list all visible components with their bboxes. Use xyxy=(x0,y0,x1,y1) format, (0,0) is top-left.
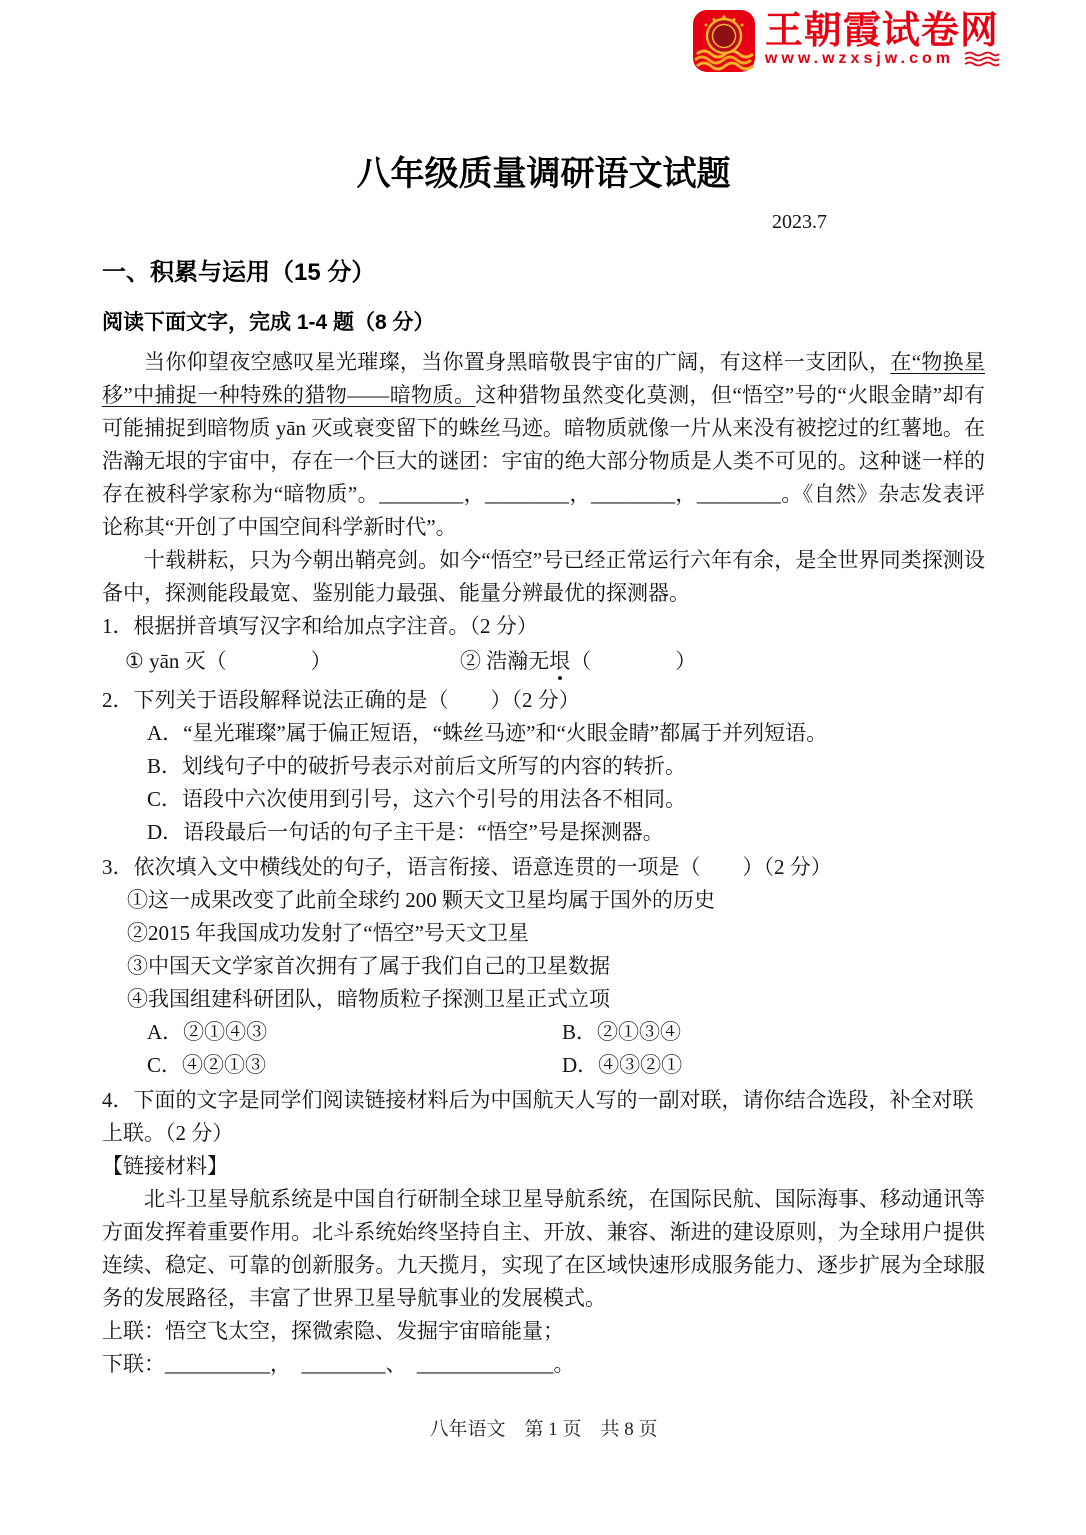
brand-logo: 王朝霞试卷网 www.wzxsjw.com xyxy=(693,10,1000,72)
brand-url: www.wzxsjw.com xyxy=(765,50,954,68)
question-3-option-d: D．④③②① xyxy=(562,1049,682,1082)
paper-title: 八年级质量调研语文试题 xyxy=(102,152,985,196)
question-2-option-a: A．“星光璀璨”属于偏正短语，“蛛丝马迹”和“火眼金睛”都属于并列短语。 xyxy=(102,717,985,750)
question-1-item-2: ② 浩瀚无垠（ ） xyxy=(460,645,696,678)
question-2-option-d: D．语段最后一句话的句子主干是：“悟空”号是探测器。 xyxy=(102,816,985,849)
question-3: 3．依次填入文中横线处的句子，语言衔接、语意连贯的一项是（ ）（2 分） ①这一… xyxy=(102,851,985,1082)
question-3-stem: 3．依次填入文中横线处的句子，语言衔接、语意连贯的一项是（ ）（2 分） xyxy=(102,851,985,884)
question-3-sentence-4: ④我国组建科研团队，暗物质粒子探测卫星正式立项 xyxy=(102,983,985,1016)
question-3-option-b: B．②①③④ xyxy=(562,1016,681,1049)
link-material-text: 北斗卫星导航系统是中国自行研制全球卫星导航系统，在国际民航、国际海事、移动通讯等… xyxy=(102,1183,985,1315)
passage-text-lead: 当你仰望夜空感叹星光璀璨，当你置身黑暗敬畏宇宙的广阔，有这样一支团队， xyxy=(144,350,890,374)
brand-wave-icon xyxy=(964,51,1000,67)
question-1: 1．根据拼音填写汉字和给加点字注音。（2 分） ① yān 灭（ ） ② 浩瀚无… xyxy=(102,610,985,678)
question-2-stem: 2．下列关于语段解释说法正确的是（ ）（2 分） xyxy=(102,684,985,717)
passage-paragraph-2: 十载耕耘，只为今朝出鞘亮剑。如今“悟空”号已经正常运行六年有余，是全世界同类探测… xyxy=(102,544,985,610)
question-1-item-2-brackets: （ ） xyxy=(570,649,696,673)
brand-logo-icon xyxy=(693,10,755,72)
couplet-first-line: 上联：悟空飞太空，探微索隐、发掘宇宙暗能量； xyxy=(102,1315,985,1348)
question-4: 4．下面的文字是同学们阅读链接材料后为中国航天人写的一副对联，请你结合选段，补全… xyxy=(102,1084,985,1381)
question-1-item-2-text: ② 浩瀚无 xyxy=(460,649,549,673)
passage-paragraph-1: 当你仰望夜空感叹星光璀璨，当你置身黑暗敬畏宇宙的广阔，有这样一支团队，在“物换星… xyxy=(102,346,985,544)
question-1-items: ① yān 灭（ ） ② 浩瀚无垠（ ） xyxy=(102,645,985,678)
page-footer: 八年语文 第 1 页 共 8 页 xyxy=(102,1417,985,1443)
section-heading: 一、积累与运用（15 分） xyxy=(102,256,985,290)
brand-text-block: 王朝霞试卷网 www.wzxsjw.com xyxy=(765,10,1000,68)
dotted-emphasis-char: 垠 xyxy=(549,649,570,673)
exam-page: 八年级质量调研语文试题 2023.7 一、积累与运用（15 分） 阅读下面文字，… xyxy=(0,152,1086,1443)
question-1-stem: 1．根据拼音填写汉字和给加点字注音。（2 分） xyxy=(102,610,985,643)
question-4-stem: 4．下面的文字是同学们阅读链接材料后为中国航天人写的一副对联，请你结合选段，补全… xyxy=(102,1084,985,1150)
question-2-option-c: C．语段中六次使用到引号，这六个引号的用法各不相同。 xyxy=(102,783,985,816)
couplet-second-line: 下联：__________， ________、 _____________。 xyxy=(102,1348,985,1381)
paper-date: 2023.7 xyxy=(102,208,985,236)
question-3-options-row-1: A．②①④③ B．②①③④ xyxy=(102,1016,985,1049)
question-3-option-c: C．④②①③ xyxy=(147,1049,562,1082)
question-2-option-b: B．划线句子中的破折号表示对前后文所写的内容的转折。 xyxy=(102,750,985,783)
question-3-sentence-1: ①这一成果改变了此前全球约 200 颗天文卫星均属于国外的历史 xyxy=(102,884,985,917)
question-3-sentence-3: ③中国天文学家首次拥有了属于我们自己的卫星数据 xyxy=(102,950,985,983)
question-2: 2．下列关于语段解释说法正确的是（ ）（2 分） A．“星光璀璨”属于偏正短语，… xyxy=(102,684,985,849)
brand-name: 王朝霞试卷网 xyxy=(765,10,1000,52)
brand-url-row: www.wzxsjw.com xyxy=(765,50,1000,68)
question-3-options-row-2: C．④②①③ D．④③②① xyxy=(102,1049,985,1082)
question-3-sentence-2: ②2015 年我国成功发射了“悟空”号天文卫星 xyxy=(102,917,985,950)
link-material-header: 【链接材料】 xyxy=(102,1150,985,1183)
question-1-item-1: ① yān 灭（ ） xyxy=(125,645,460,678)
question-3-option-a: A．②①④③ xyxy=(147,1016,562,1049)
reading-intro: 阅读下面文字，完成 1-4 题（8 分） xyxy=(102,308,985,338)
